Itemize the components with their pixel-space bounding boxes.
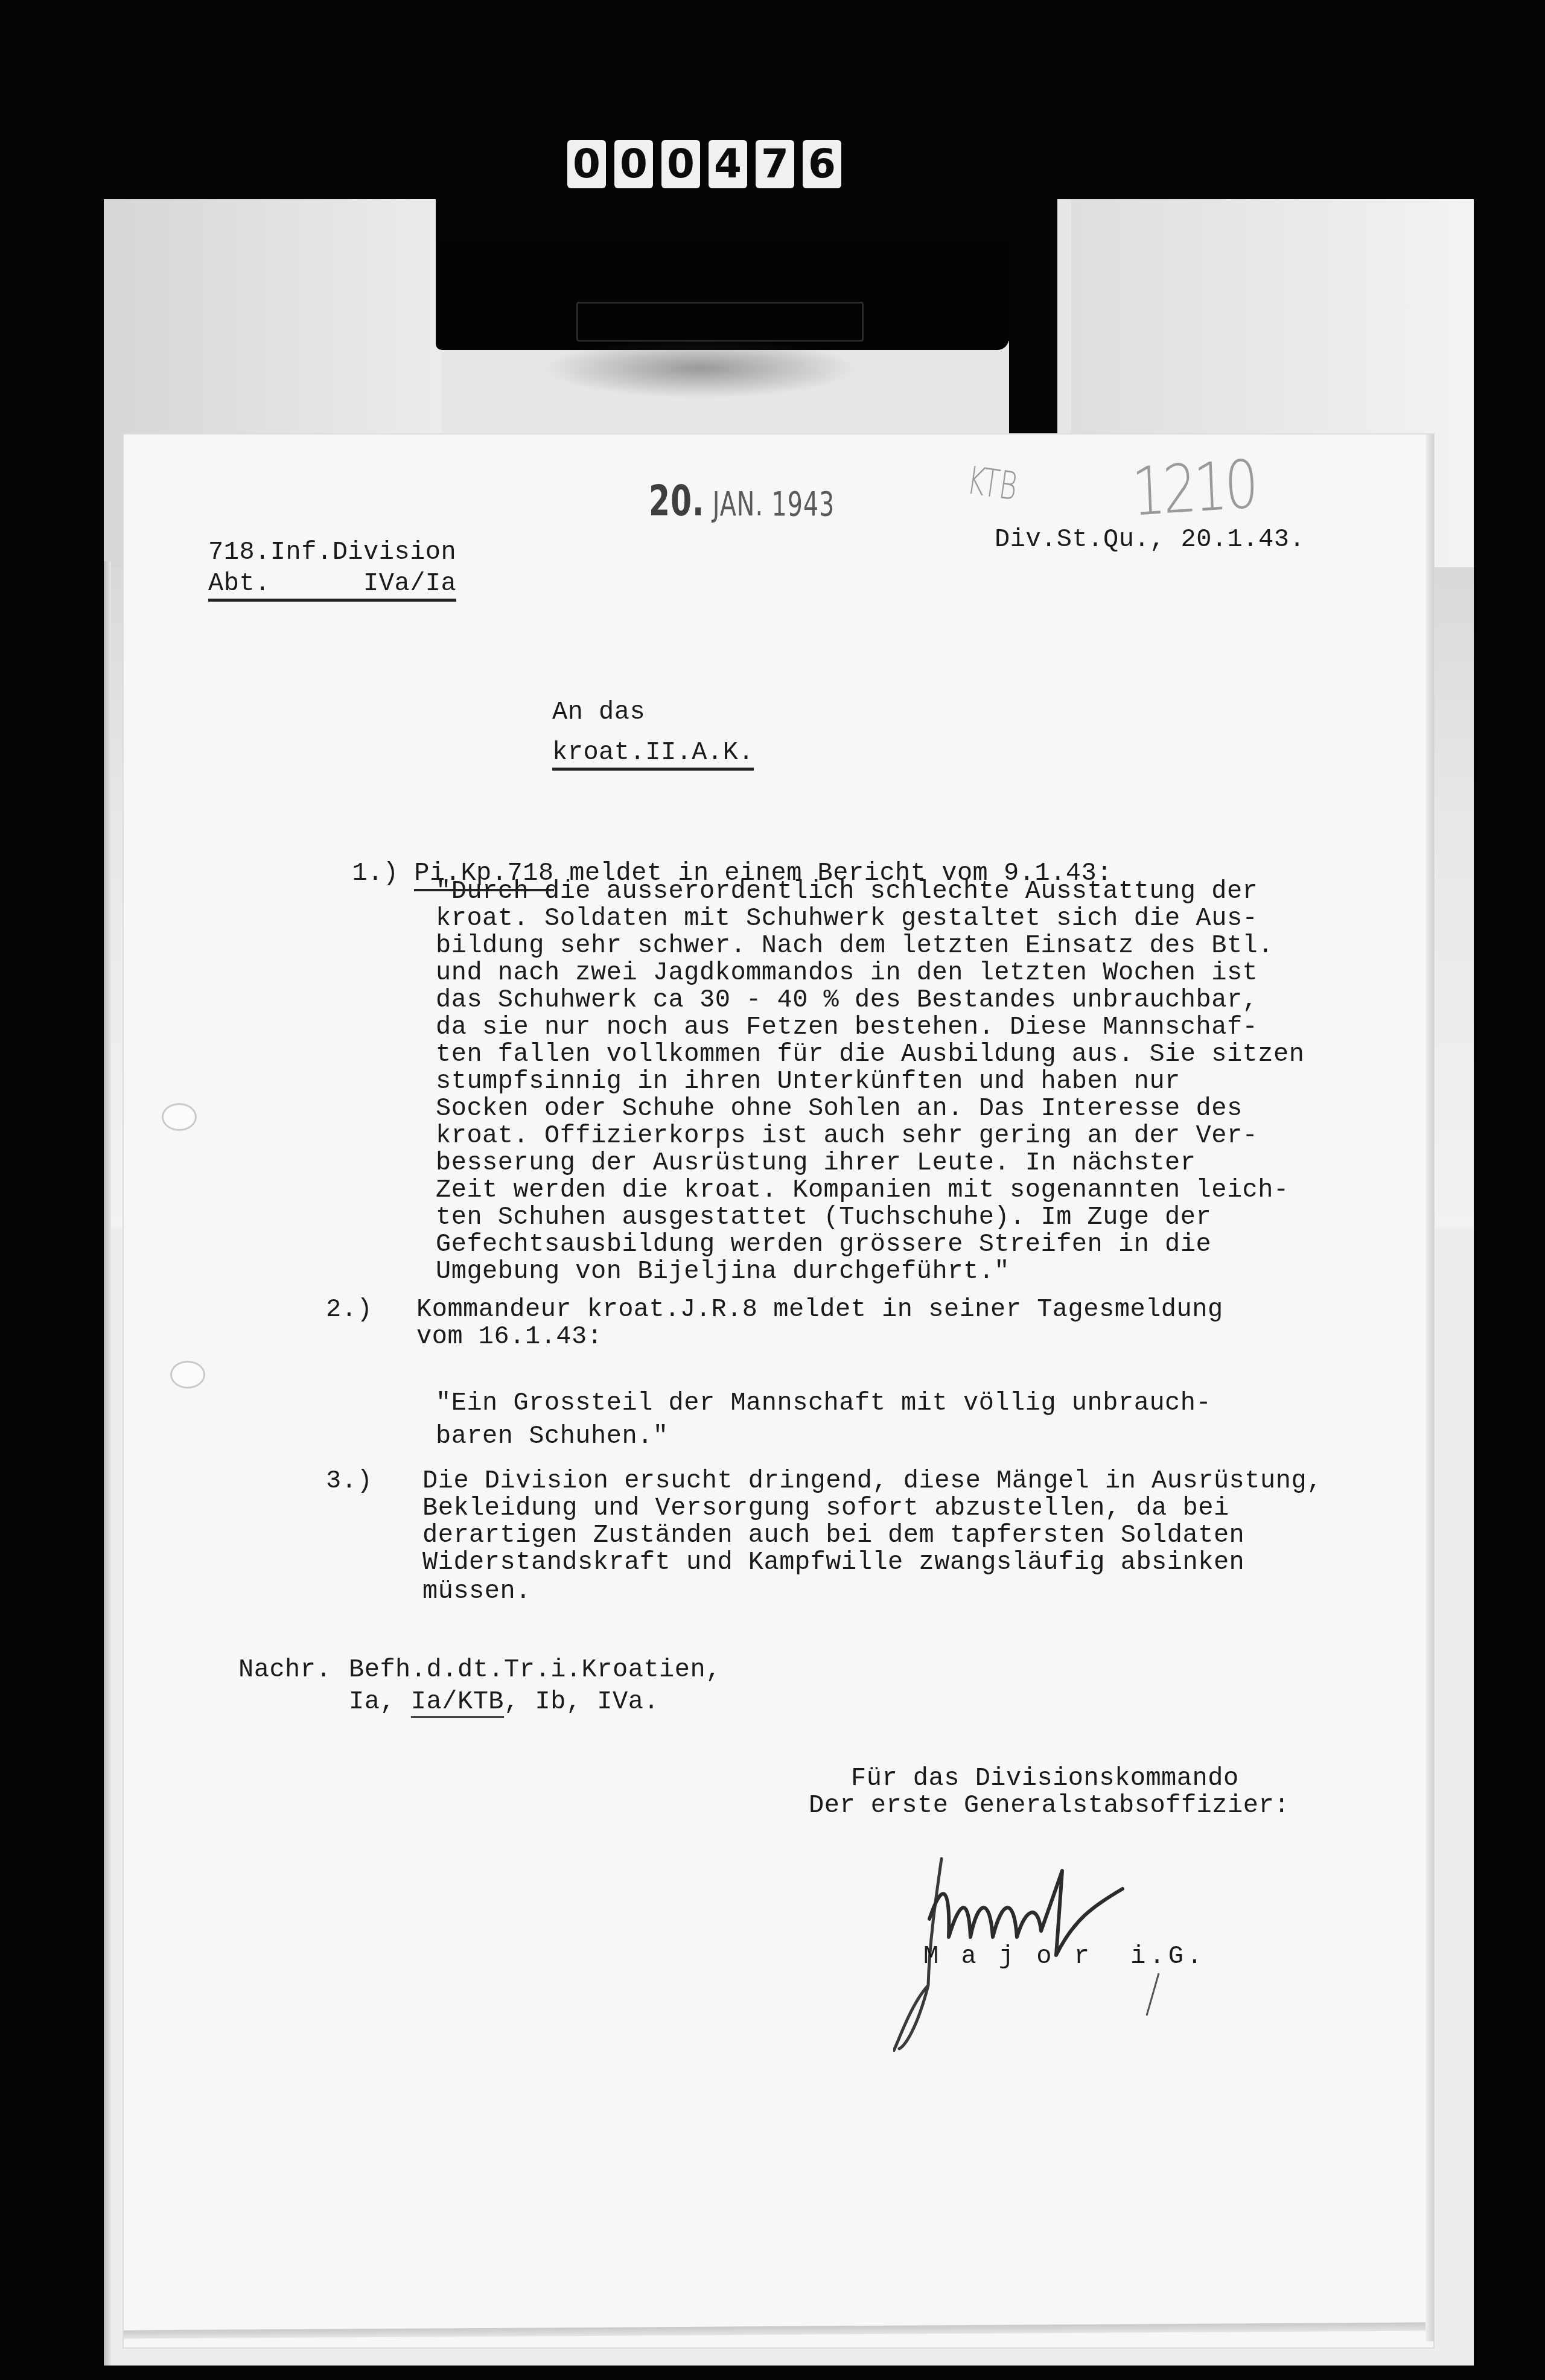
sheet-left-edge <box>104 561 111 2366</box>
quote-line: besserung der Ausrüstung ihrer Leute. In… <box>436 1150 1304 1177</box>
item-intro-line: Kommandeur kroat.J.R.8 meldet in seiner … <box>416 1296 1223 1323</box>
item-2-quote: "Ein Grossteil der Mannschaft mit völlig… <box>436 1387 1211 1453</box>
counter-shadow <box>543 338 857 398</box>
body-line: derartigen Zuständen auch bei dem tapfer… <box>422 1522 1322 1549</box>
item-number: 3.) <box>326 1468 372 1495</box>
recipient-addressee: kroat.II.A.K. <box>552 739 754 771</box>
signature-line-1: Für das Divisionskommando <box>809 1765 1290 1792</box>
quote-line: stumpfsinnig in ihren Unterkünften und h… <box>436 1068 1304 1095</box>
quote-line: "Durch die ausserordentlich schlechte Au… <box>436 878 1304 905</box>
quote-line: Gefechtsausbildung werden grössere Strei… <box>436 1231 1304 1258</box>
frame-digit: 6 <box>803 140 841 188</box>
counter-label-plate <box>576 302 864 342</box>
folio-number: 1210 <box>1130 445 1257 530</box>
signature-line-2: Der erste Generalstabsoffizier: <box>809 1792 1290 1819</box>
quote-line: baren Schuhen." <box>436 1420 1211 1453</box>
distribution-rest: , Ib, IVa. <box>504 1687 659 1716</box>
stamp-month-year: JAN. 1943 <box>713 485 835 524</box>
frame-digit: 0 <box>661 140 700 188</box>
distribution-label: Nachr. <box>238 1656 331 1684</box>
frame-digit: 4 <box>709 140 747 188</box>
quote-line: Zeit werden die kroat. Kompanien mit sog… <box>436 1177 1304 1204</box>
item-number: 1.) <box>352 859 398 888</box>
item-intro-line: vom 16.1.43: <box>416 1323 1223 1351</box>
place-and-date: Div.St.Qu., 20.1.43. <box>995 526 1305 553</box>
distribution-ktb: Ia/KTB <box>411 1687 504 1718</box>
frame-digit: 7 <box>756 140 794 188</box>
body-line: Widerstandskraft und Kampfwille zwangslä… <box>422 1549 1322 1576</box>
distribution-line: Befh.d.dt.Tr.i.Kroatien, <box>349 1656 721 1684</box>
punch-hole-icon <box>162 1103 197 1131</box>
frame-digit: 0 <box>614 140 653 188</box>
body-line: Die Division ersucht dringend, diese Män… <box>422 1468 1322 1495</box>
quote-line: kroat. Soldaten mit Schuhwerk gestaltet … <box>436 905 1304 932</box>
body-line: Bekleidung und Versorgung sofort abzuste… <box>422 1495 1322 1522</box>
sheet-right-edge <box>1426 434 1434 2341</box>
quote-line: und nach zwei Jagdkommandos in den letzt… <box>436 959 1304 987</box>
item-1-quote: "Durch die ausserordentlich schlechte Au… <box>436 878 1304 1285</box>
quote-line: ten fallen vollkommen für die Ausbildung… <box>436 1041 1304 1068</box>
quote-line: das Schuhwerk ca 30 - 40 % des Bestandes… <box>436 987 1304 1014</box>
signature-block: Für das Divisionskommando Der erste Gene… <box>809 1765 1290 1819</box>
quote-line: da sie nur noch aus Fetzen bestehen. Die… <box>436 1014 1304 1041</box>
quote-line: ten Schuhen ausgestattet (Tuchschuhe). I… <box>436 1204 1304 1231</box>
quote-line: kroat. Offizierkorps ist auch sehr gerin… <box>436 1122 1304 1150</box>
distribution-line: Ia, Ia/KTB, Ib, IVa. <box>349 1688 721 1716</box>
quote-line: bildung sehr schwer. Nach dem letzten Ei… <box>436 932 1304 959</box>
ktb-handwritten-mark: KTB <box>964 459 1020 510</box>
distribution-ia: Ia, <box>349 1687 411 1716</box>
received-date-stamp: 20. JAN. 1943 <box>649 477 835 526</box>
frame-number: 0 0 0 4 7 6 <box>567 140 841 188</box>
quote-line: Umgebung von Bijeljina durchgeführt." <box>436 1258 1304 1285</box>
recipient-salutation: An das <box>552 699 645 726</box>
quote-line: Socken oder Schuhe ohne Sohlen an. Das I… <box>436 1095 1304 1122</box>
item-3-body: Die Division ersucht dringend, diese Män… <box>422 1468 1322 1605</box>
quote-line: "Ein Grossteil der Mannschaft mit völlig… <box>436 1387 1211 1420</box>
punch-hole-icon <box>170 1361 205 1389</box>
distribution-list: Befh.d.dt.Tr.i.Kroatien, Ia, Ia/KTB, Ib,… <box>349 1656 721 1716</box>
frame-digit: 0 <box>567 140 606 188</box>
sender-department: Abt. IVa/Ia <box>208 570 456 602</box>
item-2-intro: Kommandeur kroat.J.R.8 meldet in seiner … <box>416 1296 1223 1351</box>
signatory-rank: M a j o r i.G. <box>923 1943 1206 1970</box>
item-number: 2.) <box>326 1296 372 1323</box>
body-line: müssen. <box>422 1578 1322 1605</box>
sender-unit: 718.Inf.Division <box>208 539 456 566</box>
stamp-day: 20. <box>649 477 704 526</box>
